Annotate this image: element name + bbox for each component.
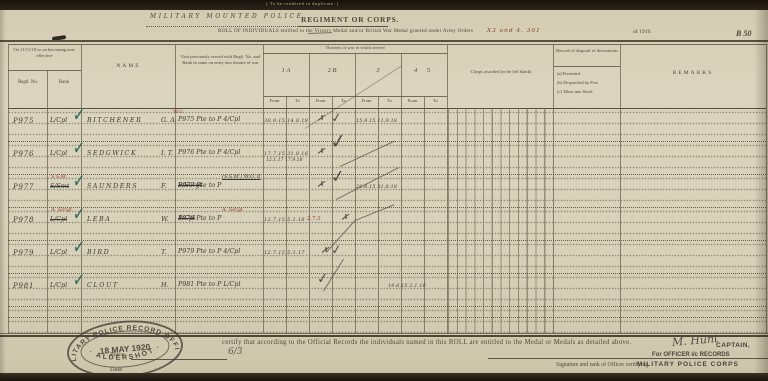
to-label: To [378, 98, 401, 103]
grid-line [0, 40, 768, 42]
rank: L/Cpl [50, 282, 67, 289]
tick-icon: ✓ [72, 203, 85, 228]
regtl-no: P978 [13, 216, 34, 224]
column-header-regtl-no: Regtl. No. [9, 80, 47, 85]
initials: F. [161, 182, 167, 190]
army-orders-handwritten: X3 and 4. 301 [487, 28, 541, 34]
column-header-unit: Unit previously served with Regtl. No. a… [179, 54, 262, 66]
rank-correction: A. Sergt [51, 207, 72, 213]
grid-line [8, 70, 81, 71]
surname: BITCHENER [87, 117, 142, 124]
book-edge-bottom [0, 373, 768, 381]
tick-icon: ✓ [72, 170, 85, 195]
x-mark-icon: ✗ [340, 213, 349, 224]
rank: S/Smt [50, 183, 69, 190]
column-header-theatres: Theatres of war in which served [263, 45, 447, 50]
unit-correction: (S.S.M.) W.O. II [222, 174, 261, 180]
rank-correction: S.S.M. [51, 174, 67, 180]
disposal-option-a: (a) Presented [557, 71, 580, 76]
column-header-effective: On 11/11/18 or on becoming non-effective [9, 47, 80, 58]
page-shadow-left [0, 0, 6, 381]
signer-rank-stamp: MILITARY POLICE CORPS [637, 361, 739, 368]
to-label: To [424, 98, 447, 103]
signature: M. Hunt [672, 332, 719, 349]
regtl-no: P979 [13, 249, 34, 257]
red-ink-note: 2.7.3 [307, 216, 320, 222]
pencil-note: 6/3 [228, 347, 242, 357]
medal-roll-form: ( To be rendered in duplicate. ) MILITAR… [0, 0, 768, 381]
regiment-name-handwritten: MILITARY MOUNTED POLICE [150, 13, 304, 20]
initials: H. [161, 281, 169, 289]
surname: SEDGWICK [87, 150, 137, 157]
tick-icon: ✓ [72, 137, 85, 162]
previous-unit: P978 Pte to P 4/Cpl [178, 215, 195, 222]
record-office-stamp-icon: MILITARY POLICE RECORD OFFICE 18 MAY 192… [60, 314, 191, 381]
check-mark-icon: ✓ [330, 166, 347, 188]
column-header-clasps: Clasps awarded (to be left blank) [449, 69, 553, 75]
column-header-remarks: REMARKS [622, 70, 764, 76]
surname: BIRD [87, 249, 110, 256]
signer-rank-stamp: CAPTAIN, [716, 342, 750, 349]
unit-correction: A. Sergt [222, 207, 243, 213]
extra-dates: 19.6.15 2.1.16 [388, 284, 426, 289]
theatre-dates-2: 12.1.17 17.9.18 [266, 158, 303, 163]
signature-line [488, 358, 768, 359]
extra-dates: 15.9.15 11.9.18 [356, 119, 397, 124]
roll-title-year: of 1919. [633, 29, 652, 35]
from-label: From [263, 98, 286, 103]
roll-title: ROLL OF INDIVIDUALS entitled to the Vict… [218, 28, 473, 34]
regtl-no: P981 [13, 282, 34, 290]
surname: SAUNDERS [87, 183, 138, 190]
form-number: B 50 [736, 29, 751, 38]
theatre-dates: 12.7.15 5.1.18 [264, 217, 305, 223]
x-mark-icon: ✗ [316, 147, 325, 158]
check-mark-icon: ✓ [330, 109, 343, 126]
from-label: From [355, 98, 378, 103]
table-row: P979 L/Cpl ✓ BIRD T. P979 Pte to P 4/Cpl… [0, 240, 768, 273]
regiment-or-corps-label: REGIMENT OR CORPS. [301, 15, 399, 24]
column-header-name: NAME [82, 63, 175, 69]
regtl-no: P975 [13, 117, 34, 125]
theatre-dates: 17.7.15 31.8.16 [264, 151, 308, 157]
surname: LEBA [87, 216, 111, 223]
row-separator [8, 306, 766, 307]
theatre-column-1a: 1 A [263, 67, 309, 74]
title-underline [298, 26, 388, 27]
certification-text: certify that according to the Official R… [222, 339, 631, 346]
theatre-dates: 12.7.15 5.1.17 [264, 250, 305, 256]
column-header-disposal: Record of disposal of decorations [555, 48, 619, 54]
initials: G. A. [161, 116, 177, 124]
x-mark-icon: ✗ [316, 180, 325, 191]
from-label: From [401, 98, 424, 103]
column-header-rank: Rank [48, 80, 80, 85]
rank: L/Cpl [50, 249, 67, 256]
initials-correction: W.G [173, 109, 183, 115]
page-shadow-right [754, 0, 768, 381]
book-edge-top [0, 0, 768, 10]
tick-icon: ✓ [72, 236, 85, 261]
tick-icon: ✓ [72, 104, 85, 129]
from-label: From [309, 98, 332, 103]
signer-rank-stamp: For OFFICER i/c RECORDS [652, 352, 730, 358]
table-row: P975 L/Cpl ✓ BITCHENER G. A. W.G P975 Pt… [0, 108, 768, 141]
theatre-dates: 30.9.15 14.8.18 [264, 118, 308, 124]
signature-caption: Signature and rank of Officer certifying… [556, 362, 650, 368]
to-label: To [286, 98, 309, 103]
previous-unit: P977 Pte to P S/Sergt [178, 182, 202, 189]
theatre-column-45: 4 5 [401, 67, 447, 74]
table-row: P981 L/Cpl ✓ CLOUT H. P981 Pte to P L/Cp… [0, 273, 768, 306]
initials: W. [161, 215, 169, 223]
initials: T. [161, 248, 166, 256]
theatre-column-2b: 2 B [309, 67, 355, 74]
check-mark-icon: ✓ [328, 128, 348, 155]
initials: I. T. [161, 149, 173, 157]
table-row: P978 L/Cpl A. Sergt ✓ LEBA W. P978 Pte t… [0, 207, 768, 240]
disposal-option-b: (b) Despatched by Post [557, 80, 598, 85]
duplicate-note: ( To be rendered in duplicate. ) [230, 1, 375, 6]
row-separator [8, 317, 766, 318]
surname: CLOUT [87, 282, 119, 289]
check-mark-icon: ✓ [316, 270, 330, 288]
disposal-option-c: (c) Taken into Stock [557, 89, 593, 94]
table-row: P977 S/Smt S.S.M. ✓ SAUNDERS F. P977 Pte… [0, 174, 768, 207]
regtl-no: P976 [13, 150, 34, 158]
regtl-no: P977 [13, 183, 34, 191]
rank: L/Cpl [50, 150, 67, 157]
rank: L/Cpl [50, 117, 67, 124]
rank: L/Cpl [50, 216, 67, 223]
grid-line [553, 66, 620, 67]
tick-icon: ✓ [72, 269, 85, 294]
